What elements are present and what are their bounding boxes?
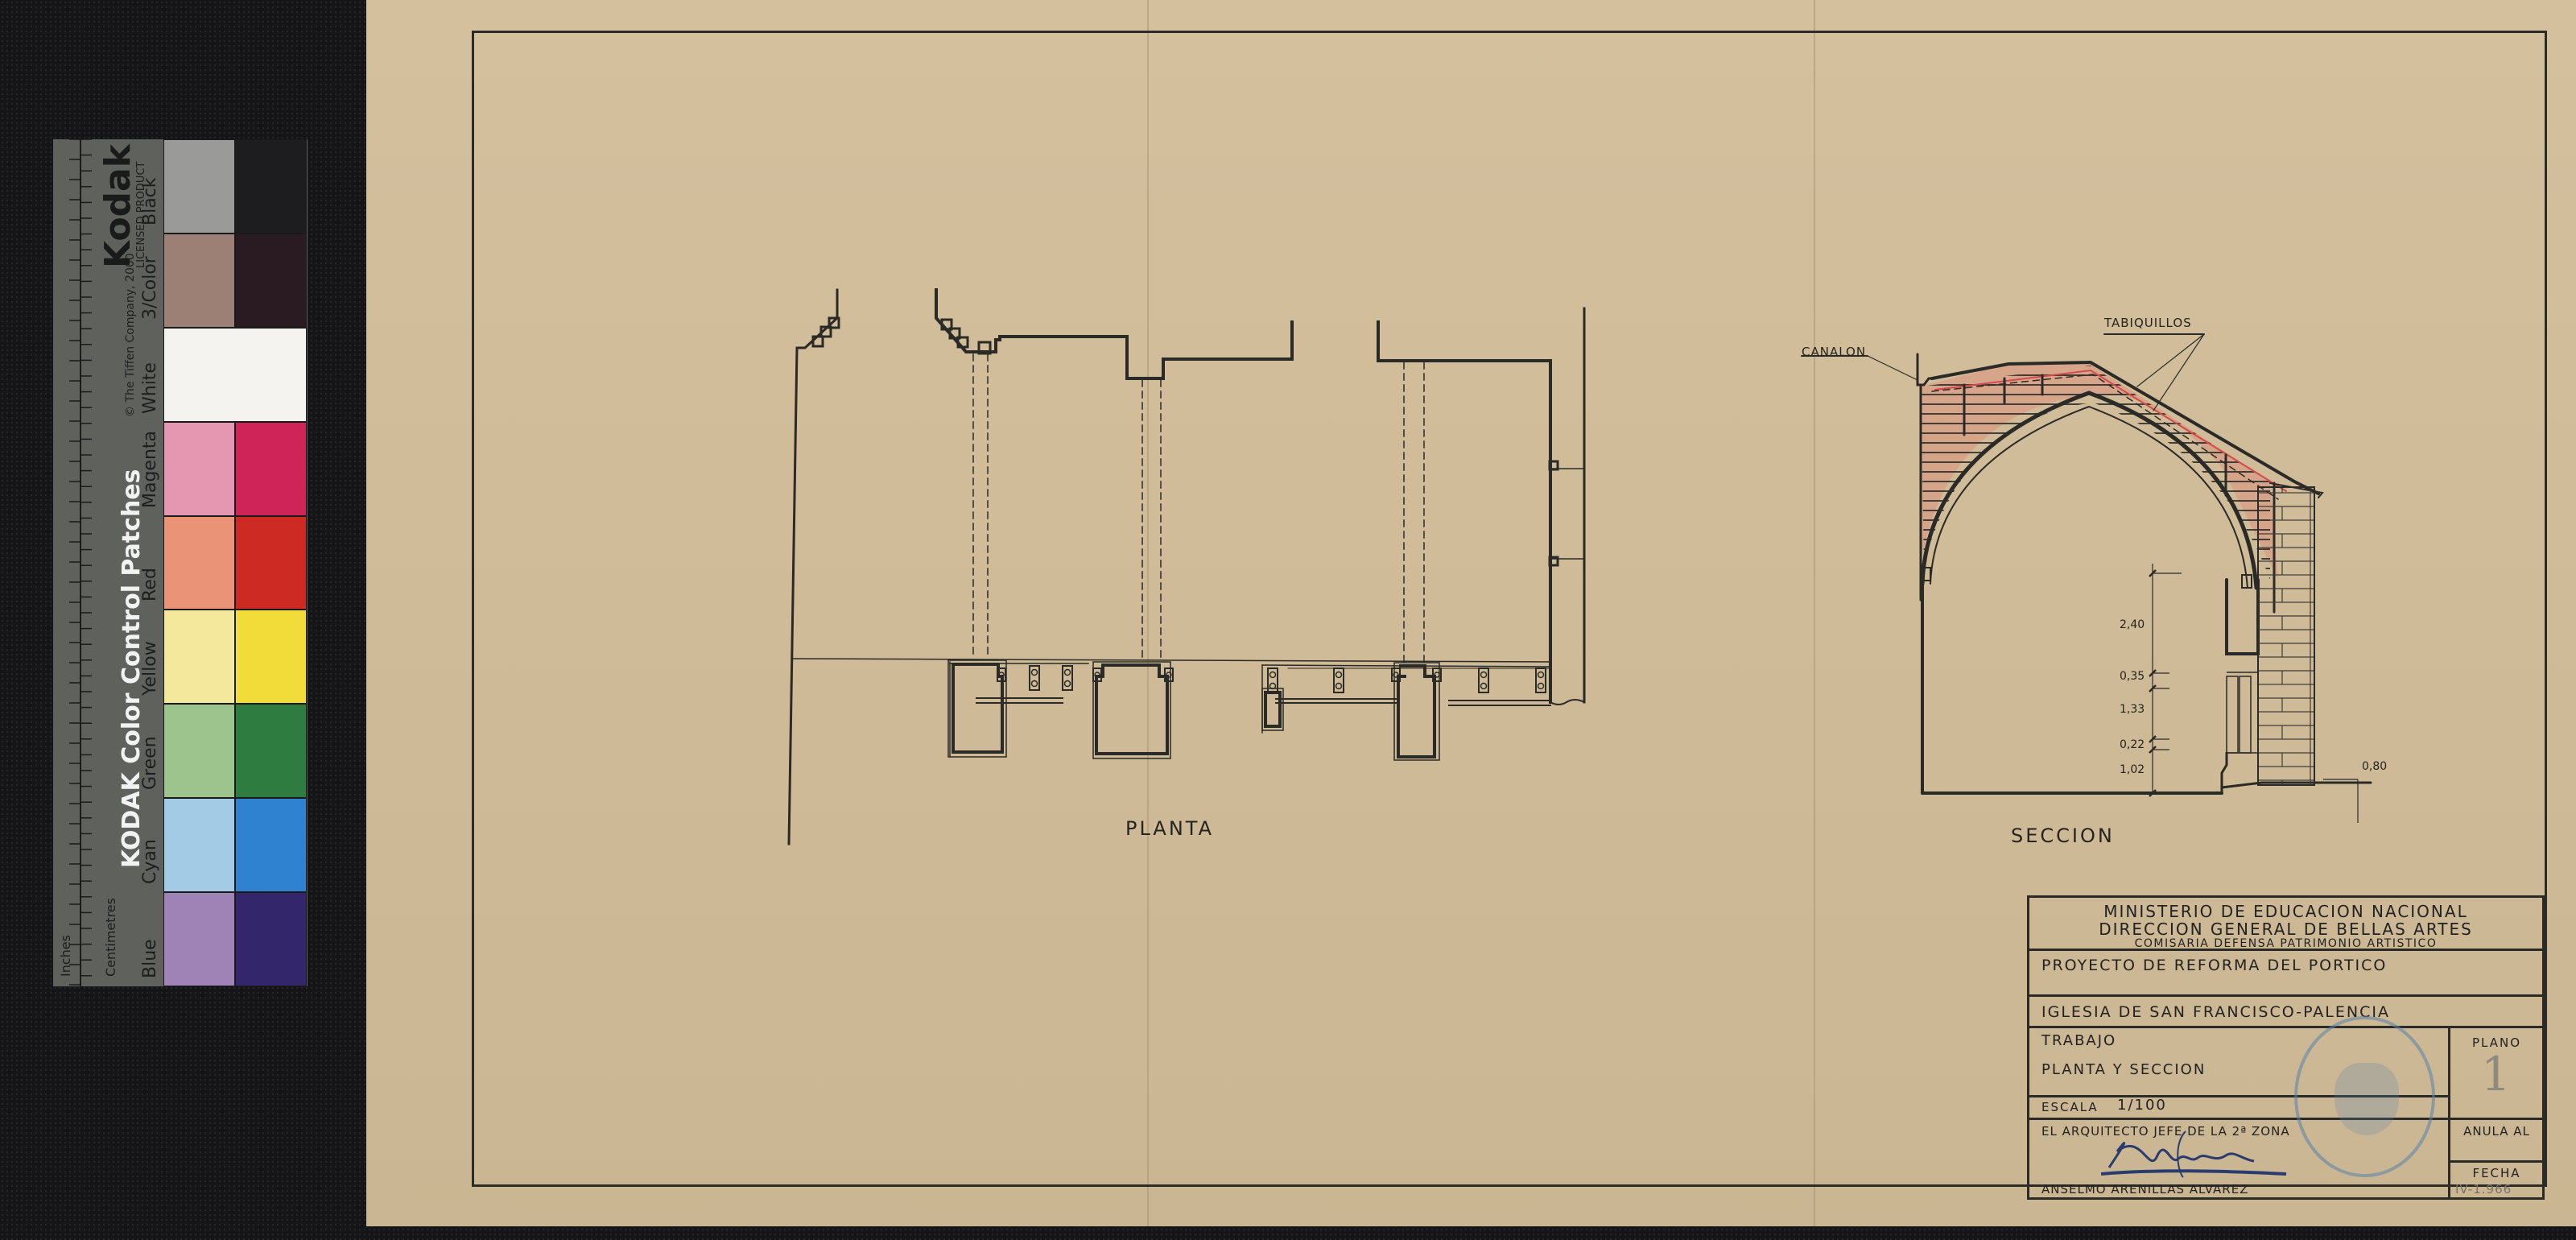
dimension-label: 0,35 <box>2120 670 2145 683</box>
work-label: TRABAJO <box>2041 1032 2116 1049</box>
scale-label: ESCALA <box>2041 1100 2099 1114</box>
title-block-divider <box>2449 1160 2545 1163</box>
dimension-label: 0,80 <box>2362 760 2387 773</box>
project-title: PROYECTO DE REFORMA DEL PORTICO <box>2041 957 2387 974</box>
eagle-emblem-icon <box>2334 1063 2399 1135</box>
commission-text: COMISARIA DEFENSA PATRIMONIO ARTISTICO <box>2027 937 2545 950</box>
canalon-annotation: CANALON <box>1802 345 1866 359</box>
annuls-label: ANULA AL <box>2449 1124 2545 1139</box>
architect-name: ANSELMO ARENILLAS ALVAREZ <box>2041 1182 2248 1197</box>
tabiquillos-annotation: TABIQUILLOS <box>2104 316 2192 330</box>
dimension-label: 2,40 <box>2120 618 2145 631</box>
architect-signature <box>2093 1127 2294 1184</box>
work-value: PLANTA Y SECCION <box>2041 1061 2206 1078</box>
title-block-divider <box>2027 994 2545 997</box>
plan-label: PLANTA <box>1125 817 1214 840</box>
scale-value: 1/100 <box>2117 1097 2167 1114</box>
dimension-label: 1,02 <box>2120 763 2145 776</box>
building-name: IGLESIA DE SAN FRANCISCO-PALENCIA <box>2041 1003 2390 1021</box>
dimension-label: 1,33 <box>2120 703 2145 716</box>
ministry-text: MINISTERIO DE EDUCACION NACIONAL <box>2027 902 2545 921</box>
date-label: FECHA <box>2449 1166 2545 1180</box>
section-label: SECCION <box>2011 825 2115 847</box>
title-block-divider <box>2027 1026 2545 1028</box>
title-block-divider <box>2027 1118 2545 1120</box>
dimension-label: 0,22 <box>2120 738 2145 751</box>
date-value: IV-1.966 <box>2455 1182 2512 1197</box>
plan-number-value: 1 <box>2449 1047 2545 1102</box>
direction-text: DIRECCION GENERAL DE BELLAS ARTES <box>2027 920 2545 939</box>
